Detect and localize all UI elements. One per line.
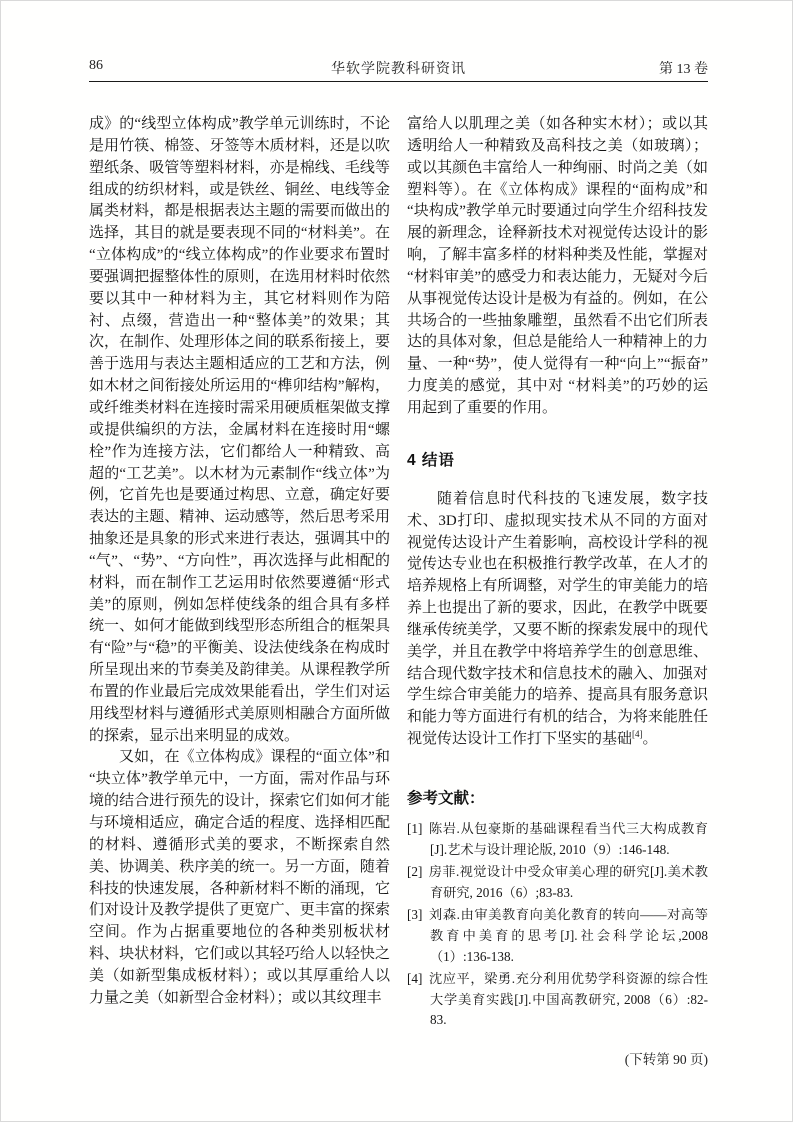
continuation-note: (下转第 90 页)	[407, 1048, 708, 1068]
body-paragraph-continuation: 成》的“线型立体构成”教学单元训练时，不论是用竹筷、棉签、牙签等木质材料，还是以…	[89, 114, 390, 747]
conclusion-text: 随着信息时代科技的飞速发展，数字技术、3D打印、虚拟现实技术从不同的方面对视觉传…	[407, 491, 708, 747]
body-paragraph-continuation: 富给人以肌理之美（如各种实木材）；或以其透明给人一种精致及高科技之美（如玻璃）；…	[407, 114, 708, 420]
conclusion-paragraph: 随着信息时代科技的飞速发展，数字技术、3D打印、虚拟现实技术从不同的方面对视觉传…	[407, 489, 708, 751]
reference-item: [3]刘森.由审美教育向美化教育的转向——对高等教育中美育的思考[J].社会科学…	[407, 905, 708, 967]
conclusion-period: 。	[643, 731, 658, 747]
header-rule	[89, 81, 708, 82]
reference-marker: [1]	[407, 821, 422, 836]
citation-superscript: [4]	[632, 729, 643, 739]
references-heading: 参考文献：	[407, 786, 708, 808]
reference-item: [2]房菲.视觉设计中受众审美心理的研究[J].美术教育研究, 2016（6）;…	[407, 862, 708, 903]
volume-number: 第 13 卷	[659, 58, 708, 78]
section-heading-conclusion: 4 结语	[407, 448, 708, 470]
reference-text: 房菲.视觉设计中受众审美心理的研究[J].美术教育研究, 2016（6）;83-…	[428, 864, 708, 900]
reference-text: 陈岩.从包豪斯的基础课程看当代三大构成教育[J].艺术与设计理论版, 2010（…	[428, 821, 708, 857]
left-column: 成》的“线型立体构成”教学单元训练时，不论是用竹筷、棉签、牙签等木质材料，还是以…	[89, 114, 390, 1068]
article-body: 成》的“线型立体构成”教学单元训练时，不论是用竹筷、棉签、牙签等木质材料，还是以…	[89, 114, 708, 1068]
page-header: 86 华软学院教科研资讯 第 13 卷	[89, 58, 708, 78]
reference-text: 沈应平，梁勇.充分利用优势学科资源的综合性大学美育实践[J].中国高教研究, 2…	[428, 971, 708, 1027]
paper-page: 86 华软学院教科研资讯 第 13 卷 成》的“线型立体构成”教学单元训练时，不…	[0, 0, 793, 1122]
reference-marker: [3]	[407, 907, 422, 922]
reference-marker: [4]	[407, 971, 422, 986]
reference-item: [1]陈岩.从包豪斯的基础课程看当代三大构成教育[J].艺术与设计理论版, 20…	[407, 819, 708, 860]
reference-text: 刘森.由审美教育向美化教育的转向——对高等教育中美育的思考[J].社会科学论坛,…	[428, 907, 708, 963]
right-column: 富给人以肌理之美（如各种实木材）；或以其透明给人一种精致及高科技之美（如玻璃）；…	[407, 114, 708, 1068]
reference-marker: [2]	[407, 864, 422, 879]
journal-title: 华软学院教科研资讯	[89, 58, 708, 78]
reference-item: [4]沈应平，梁勇.充分利用优势学科资源的综合性大学美育实践[J].中国高教研究…	[407, 969, 708, 1031]
body-paragraph: 又如，在《立体构成》课程的“面立体”和“块立体”教学单元中，一方面，需对作品与环…	[89, 747, 390, 1009]
